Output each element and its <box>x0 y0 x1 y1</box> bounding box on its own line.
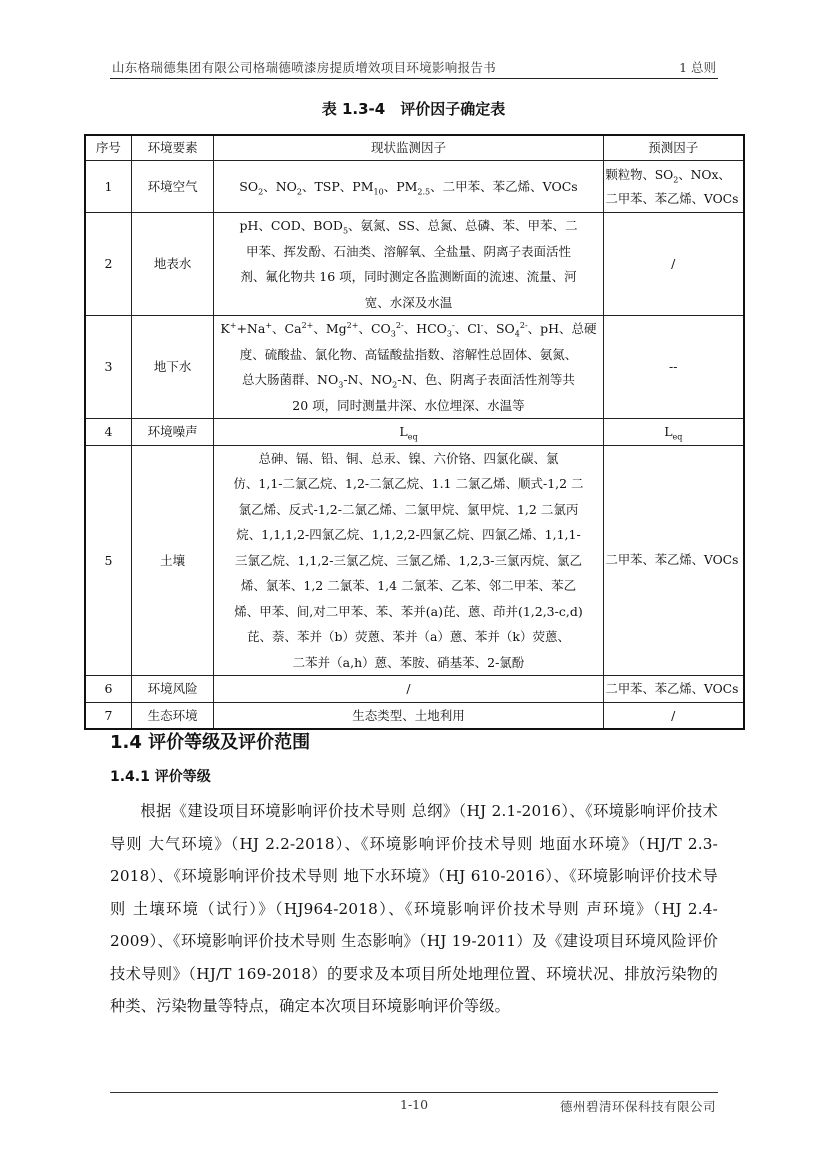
row-prediction: 颗粒物、SO2、NOx、二甲苯、苯乙烯、VOCs <box>603 161 744 213</box>
row-element: 环境空气 <box>131 161 214 213</box>
column-header-element: 环境要素 <box>131 135 214 161</box>
row-element: 环境风险 <box>131 676 214 703</box>
table-row: 6 环境风险 / 二甲苯、苯乙烯、VOCs <box>85 676 744 703</box>
table-row: 4 环境噪声 Leq Leq <box>85 419 744 446</box>
row-monitoring: K++Na+、Ca2+、Mg2+、CO32-、HCO3-、Cl-、SO42-、p… <box>214 316 603 419</box>
row-monitoring: / <box>214 676 603 703</box>
row-no: 5 <box>85 445 131 676</box>
page-number: 1-10 <box>400 1097 428 1112</box>
row-monitoring: 生态类型、土地利用 <box>214 702 603 729</box>
table-header-row: 序号 环境要素 现状监测因子 预测因子 <box>85 135 744 161</box>
row-monitoring: Leq <box>214 419 603 446</box>
table-row: 7 生态环境 生态类型、土地利用 / <box>85 702 744 729</box>
column-header-no: 序号 <box>85 135 131 161</box>
row-no: 7 <box>85 702 131 729</box>
row-element: 地表水 <box>131 213 214 316</box>
row-no: 4 <box>85 419 131 446</box>
table-caption: 表 1.3-4 评价因子确定表 <box>0 98 827 119</box>
table-row: 3 地下水 K++Na+、Ca2+、Mg2+、CO32-、HCO3-、Cl-、S… <box>85 316 744 419</box>
chapter-label: 1 总则 <box>679 58 716 76</box>
row-prediction: 二甲苯、苯乙烯、VOCs <box>603 676 744 703</box>
row-no: 6 <box>85 676 131 703</box>
row-prediction: 二甲苯、苯乙烯、VOCs <box>603 445 744 676</box>
table-row: 5 土壤 总砷、镉、铅、铜、总汞、镍、六价铬、四氯化碳、氯仿、1,1-二氯乙烷、… <box>85 445 744 676</box>
row-no: 2 <box>85 213 131 316</box>
row-no: 3 <box>85 316 131 419</box>
page-footer: 1-10 德州碧清环保科技有限公司 <box>110 1092 718 1093</box>
column-header-prediction: 预测因子 <box>603 135 744 161</box>
column-header-monitoring: 现状监测因子 <box>214 135 603 161</box>
row-element: 地下水 <box>131 316 214 419</box>
report-title: 山东格瑞德集团有限公司格瑞德喷漆房提质增效项目环境影响报告书 <box>112 58 496 76</box>
body-paragraph: 根据《建设项目环境影响评价技术导则 总纲》（HJ 2.1-2016）、《环境影响… <box>110 795 718 1023</box>
row-monitoring: SO2、NO2、TSP、PM10、PM2.5、二甲苯、苯乙烯、VOCs <box>214 161 603 213</box>
row-prediction: Leq <box>603 419 744 446</box>
section-heading: 1.4 评价等级及评价范围 <box>110 728 310 754</box>
row-element: 环境噪声 <box>131 419 214 446</box>
evaluation-factors-table: 序号 环境要素 现状监测因子 预测因子 1 环境空气 SO2、NO2、TSP、P… <box>84 134 745 730</box>
subsection-heading: 1.4.1 评价等级 <box>110 766 211 786</box>
table-row: 2 地表水 pH、COD、BOD5、氨氮、SS、总氮、总磷、苯、甲苯、二甲苯、挥… <box>85 213 744 316</box>
footer-company: 德州碧清环保科技有限公司 <box>560 1097 716 1115</box>
table-row: 1 环境空气 SO2、NO2、TSP、PM10、PM2.5、二甲苯、苯乙烯、VO… <box>85 161 744 213</box>
page-header: 山东格瑞德集团有限公司格瑞德喷漆房提质增效项目环境影响报告书 1 总则 <box>110 58 718 79</box>
row-element: 生态环境 <box>131 702 214 729</box>
row-monitoring: pH、COD、BOD5、氨氮、SS、总氮、总磷、苯、甲苯、二甲苯、挥发酚、石油类… <box>214 213 603 316</box>
row-prediction: / <box>603 213 744 316</box>
row-element: 土壤 <box>131 445 214 676</box>
row-monitoring: 总砷、镉、铅、铜、总汞、镍、六价铬、四氯化碳、氯仿、1,1-二氯乙烷、1,2-二… <box>214 445 603 676</box>
row-prediction: / <box>603 702 744 729</box>
row-prediction: -- <box>603 316 744 419</box>
row-no: 1 <box>85 161 131 213</box>
